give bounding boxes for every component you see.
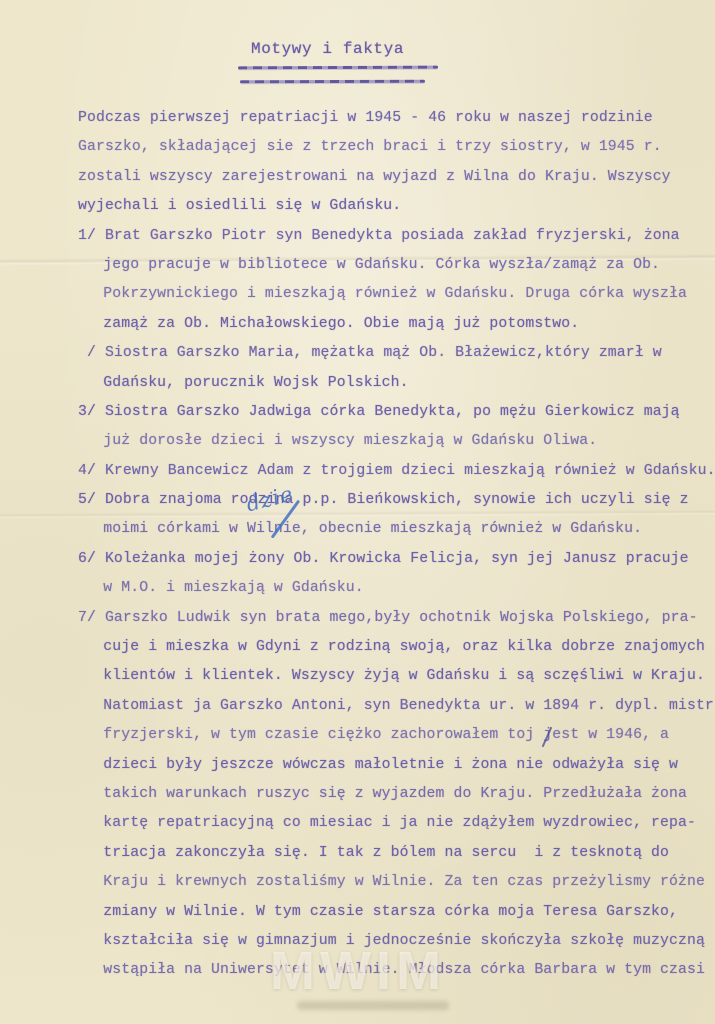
item-marker: / (78, 345, 105, 361)
text-line: fryzjerski, w tym czasie ciężko zachorow… (78, 721, 715, 750)
text-line: 1/ Brat Garszko Piotr syn Benedykta posi… (78, 222, 715, 251)
document-page: Motywy i faktya Podczas pierwszej repatr… (0, 0, 715, 1024)
title-underline-1 (238, 66, 438, 70)
text-line: 3/ Siostra Garszko Jadwiga córka Benedyk… (78, 398, 715, 427)
text-line: klientów i klientek. Wszyscy żyją w Gdań… (78, 662, 715, 691)
text-line: w M.O. i mieszkają w Gdańsku. (78, 574, 715, 603)
item-marker: 5/ (78, 492, 105, 508)
text-line: Kraju i krewnych zostaliśmy w Wilnie. Za… (78, 868, 715, 897)
text-line: Gdańsku, porucznik Wojsk Polskich. (78, 369, 715, 398)
text-line: zmiany w Wilnie. W tym czasie starsza có… (78, 898, 715, 927)
text-line: Podczas pierwszej repatriacji w 1945 - 4… (78, 104, 715, 133)
text-line: zostali wszyscy zarejestrowani na wyjazd… (78, 163, 715, 192)
text-line: 6/ Koleżanka mojej żony Ob. Krowicka Fel… (78, 545, 715, 574)
text-line: cuje i mieszka w Gdyni z rodziną swoją, … (78, 633, 715, 662)
text-line: triacja zakonczyła się. I tak z bólem na… (78, 839, 715, 868)
text-line: takich warunkach ruszyc się z wyjazdem d… (78, 780, 715, 809)
item-marker: 7/ (78, 610, 105, 626)
text-line: Garszko, składającej sie z trzech braci … (78, 133, 715, 162)
text-line: Pokrzywnickiego i mieszkają również w Gd… (78, 280, 715, 309)
item-marker: 4/ (78, 463, 105, 479)
item-marker: 1/ (78, 228, 105, 244)
document-title: Motywy i faktya (251, 40, 404, 58)
watermark-text: MWIM (270, 940, 446, 1002)
item-marker: 6/ (78, 551, 105, 567)
text-line: / Siostra Garszko Maria, mężatka mąż Ob.… (78, 339, 715, 368)
text-line: 7/ Garszko Ludwik syn brata mego,były oc… (78, 604, 715, 633)
title-underline-2 (240, 80, 425, 83)
text-line: zamąż za Ob. Michałowskiego. Obie mają j… (78, 310, 715, 339)
text-line: moimi córkami w Wilnie, obecnie mieszkaj… (78, 515, 715, 544)
text-line: jego pracuje w bibliotece w Gdańsku. Cór… (78, 251, 715, 280)
text-line: dzieci były jeszcze wówczas małoletnie i… (78, 751, 715, 780)
text-line: 4/ Krewny Bancewicz Adam z trojgiem dzie… (78, 457, 715, 486)
text-line: kartę repatriacyjną co miesiac i ja nie … (78, 809, 715, 838)
text-line: 5/ Dobra znajoma rodzina p.p. Bieńkowski… (78, 486, 715, 515)
watermark-subtext (297, 1001, 449, 1010)
text-line: już dorosłe dzieci i wszyscy mieszkają w… (78, 427, 715, 456)
document-body: Podczas pierwszej repatriacji w 1945 - 4… (78, 104, 715, 986)
text-line: wyjechali i osiedlili się w Gdańsku. (78, 192, 715, 221)
text-line: Natomiast ja Garszko Antoni, syn Benedyk… (78, 692, 715, 721)
item-marker: 3/ (78, 404, 105, 420)
